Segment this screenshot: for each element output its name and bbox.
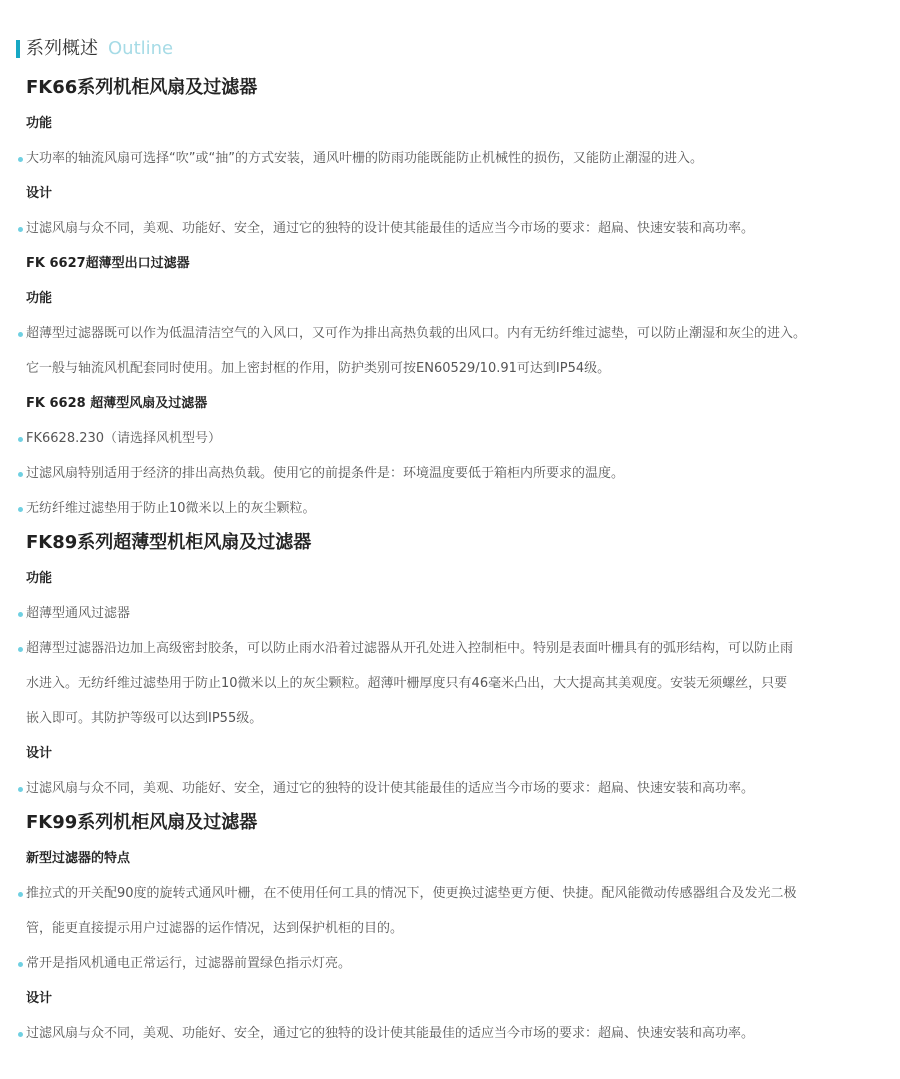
bullet-dot-icon: [18, 472, 23, 477]
bullet-text: FK6628.230（请选择风机型号）: [26, 430, 221, 448]
fk99-features-bullet-1-continued: 管，能更直接提示用户过滤器的运作情况，达到保护机柜的目的。: [26, 920, 900, 938]
outline-title-cn: 系列概述: [26, 38, 98, 60]
series-title-fk89: FK89系列超薄型机柜风扇及过滤器: [26, 531, 900, 555]
fk89-function-heading: 功能: [26, 570, 900, 588]
fk89-function-bullet-2-continued-2: 嵌入即可。其防护等级可以达到IP55级。: [26, 710, 900, 728]
bullet-text: 推拉式的开关配90度的旋转式通风叶栅，在不使用任何工具的情况下，使更换过滤垫更方…: [26, 885, 797, 903]
outline-title-en: Outline: [108, 38, 173, 60]
fk66-design-bullet: 过滤风扇与众不同，美观、功能好、安全，通过它的独特的设计使其能最佳的适应当今市场…: [18, 220, 900, 238]
fk6628-bullet-1: FK6628.230（请选择风机型号）: [18, 430, 900, 448]
fk89-design-heading: 设计: [26, 745, 900, 763]
fk99-features-bullet-1: 推拉式的开关配90度的旋转式通风叶栅，在不使用任何工具的情况下，使更换过滤垫更方…: [18, 885, 900, 903]
series-title-fk66: FK66系列机柜风扇及过滤器: [26, 76, 900, 100]
bullet-dot-icon: [18, 892, 23, 897]
fk6627-function-heading: 功能: [26, 290, 900, 308]
bullet-text: 常开是指风机通电正常运行，过滤器前置绿色指示灯亮。: [26, 955, 351, 973]
bullet-dot-icon: [18, 157, 23, 162]
bullet-text: 超薄型过滤器沿边加上高级密封胶条，可以防止雨水沿着过滤器从开孔处进入控制柜中。特…: [26, 640, 793, 658]
bullet-text: 过滤风扇与众不同，美观、功能好、安全，通过它的独特的设计使其能最佳的适应当今市场…: [26, 220, 754, 238]
fk99-features-heading: 新型过滤器的特点: [26, 850, 900, 868]
bullet-dot-icon: [18, 1032, 23, 1037]
accent-bar-icon: [16, 40, 20, 58]
bullet-dot-icon: [18, 962, 23, 967]
bullet-text: 超薄型通风过滤器: [26, 605, 130, 623]
fk6628-bullet-3: 无纺纤维过滤垫用于防止10微米以上的灰尘颗粒。: [18, 500, 900, 518]
bullet-text: 大功率的轴流风扇可选择“吹”或“抽”的方式安装，通风叶栅的防雨功能既能防止机械性…: [26, 150, 703, 168]
fk6627-function-bullet-continued: 它一般与轴流风机配套同时使用。加上密封框的作用，防护类别可按EN60529/10…: [26, 360, 900, 378]
bullet-dot-icon: [18, 332, 23, 337]
bullet-dot-icon: [18, 787, 23, 792]
series-title-fk6628: FK 6628 超薄型风扇及过滤器: [26, 395, 900, 413]
fk6627-function-bullet: 超薄型过滤器既可以作为低温清洁空气的入风口，又可作为排出高热负载的出风口。内有无…: [18, 325, 900, 343]
bullet-dot-icon: [18, 437, 23, 442]
fk99-design-heading: 设计: [26, 990, 900, 1008]
bullet-dot-icon: [18, 647, 23, 652]
series-title-fk99: FK99系列机柜风扇及过滤器: [26, 811, 900, 835]
fk66-function-bullet: 大功率的轴流风扇可选择“吹”或“抽”的方式安装，通风叶栅的防雨功能既能防止机械性…: [18, 150, 900, 168]
fk66-function-heading: 功能: [26, 115, 900, 133]
bullet-text: 超薄型过滤器既可以作为低温清洁空气的入风口，又可作为排出高热负载的出风口。内有无…: [26, 325, 806, 343]
fk89-function-bullet-2: 超薄型过滤器沿边加上高级密封胶条，可以防止雨水沿着过滤器从开孔处进入控制柜中。特…: [18, 640, 900, 658]
bullet-text: 无纺纤维过滤垫用于防止10微米以上的灰尘颗粒。: [26, 500, 316, 518]
bullet-text: 过滤风扇特别适用于经济的排出高热负载。使用它的前提条件是：环境温度要低于箱柜内所…: [26, 465, 624, 483]
bullet-dot-icon: [18, 612, 23, 617]
bullet-dot-icon: [18, 227, 23, 232]
outline-header: 系列概述 Outline: [16, 38, 173, 60]
fk99-design-bullet: 过滤风扇与众不同，美观、功能好、安全，通过它的独特的设计使其能最佳的适应当今市场…: [18, 1025, 900, 1043]
fk6628-bullet-2: 过滤风扇特别适用于经济的排出高热负载。使用它的前提条件是：环境温度要低于箱柜内所…: [18, 465, 900, 483]
fk89-design-bullet: 过滤风扇与众不同，美观、功能好、安全，通过它的独特的设计使其能最佳的适应当今市场…: [18, 780, 900, 798]
fk89-function-bullet-2-continued: 水进入。无纺纤维过滤垫用于防止10微米以上的灰尘颗粒。超薄叶栅厚度只有46毫米凸…: [26, 675, 900, 693]
series-title-fk6627: FK 6627超薄型出口过滤器: [26, 255, 900, 273]
fk99-features-bullet-2: 常开是指风机通电正常运行，过滤器前置绿色指示灯亮。: [18, 955, 900, 973]
bullet-dot-icon: [18, 507, 23, 512]
fk66-design-heading: 设计: [26, 185, 900, 203]
fk89-function-bullet-1: 超薄型通风过滤器: [18, 605, 900, 623]
bullet-text: 过滤风扇与众不同，美观、功能好、安全，通过它的独特的设计使其能最佳的适应当今市场…: [26, 1025, 754, 1043]
bullet-text: 过滤风扇与众不同，美观、功能好、安全，通过它的独特的设计使其能最佳的适应当今市场…: [26, 780, 754, 798]
